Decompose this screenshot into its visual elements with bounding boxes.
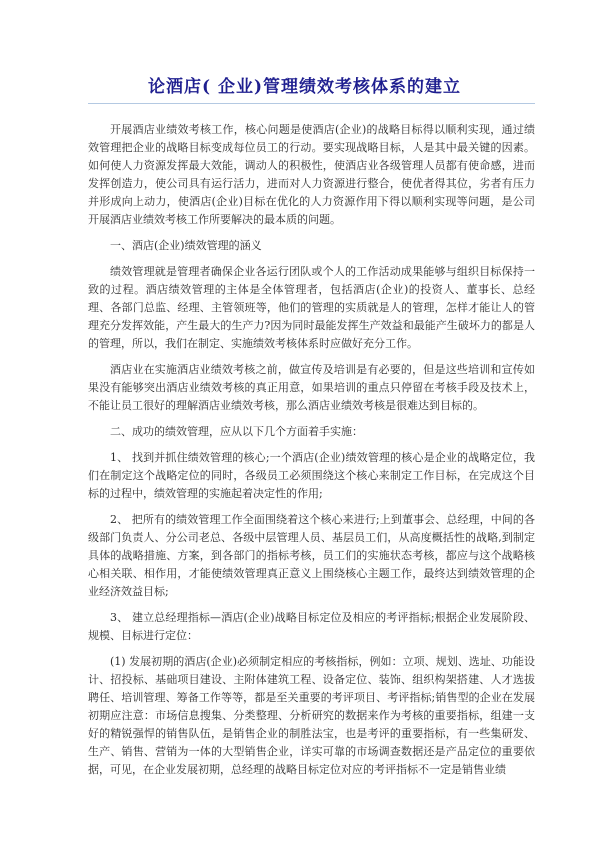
document-content: 开展酒店业绩效考核工作，核心问题是使酒店(企业)的战略目标得以顺利实现，通过绩效…: [88, 121, 535, 779]
body-paragraph: 3、 建立总经理指标—酒店(企业)战略目标定位及相应的考评指标;根据企业发展阶段…: [88, 609, 535, 645]
document-page: 论酒店( 企业)管理绩效考核体系的建立 开展酒店业绩效考核工作，核心问题是使酒店…: [0, 0, 595, 842]
title-divider: [88, 103, 535, 104]
section-heading: 二、成功的绩效管理，应从以下几个方面着手实施：: [88, 423, 535, 441]
document-title: 论酒店( 企业)管理绩效考核体系的建立: [74, 78, 535, 96]
body-paragraph: 2、 把所有的绩效管理工作全面围绕着这个核心来进行;上到董事会、总经理，中间的各…: [88, 511, 535, 601]
body-paragraph: 酒店业在实施酒店业绩效考核之前，做宣传及培训是有必要的，但是这些培训和宣传如果没…: [88, 361, 535, 415]
body-paragraph: 1、 找到并抓住绩效管理的核心;一个酒店(企业)绩效管理的核心是企业的战略定位，…: [88, 449, 535, 503]
body-paragraph: (1) 发展初期的酒店(企业)必须制定相应的考核指标，例如：立项、规划、选址、功…: [88, 653, 535, 779]
section-heading: 一、酒店(企业)绩效管理的涵义: [88, 237, 535, 255]
body-paragraph: 开展酒店业绩效考核工作，核心问题是使酒店(企业)的战略目标得以顺利实现，通过绩效…: [88, 121, 535, 229]
body-paragraph: 绩效管理就是管理者确保企业各运行团队或个人的工作活动成果能够与组织目标保持一致的…: [88, 263, 535, 353]
